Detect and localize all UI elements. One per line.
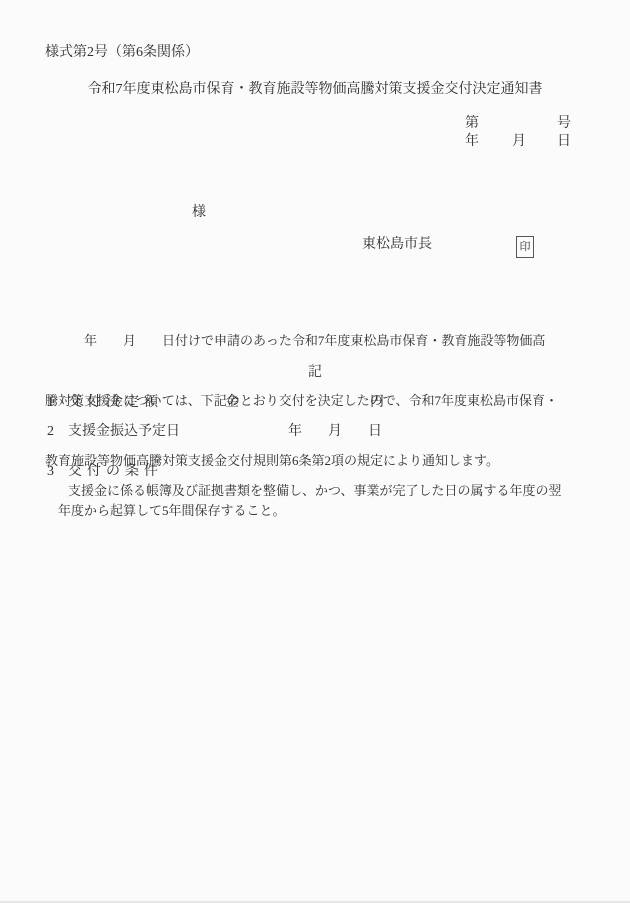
addressee-honorific: 様 bbox=[192, 204, 206, 222]
record-heading: 記 bbox=[0, 361, 630, 381]
reference-number-suffix: 号 bbox=[557, 115, 571, 133]
document-page: 様式第2号（第6条関係） 令和7年度東松島市保育・教育施設等物価高騰対策支援金交… bbox=[0, 0, 630, 903]
reference-date-month: 月 bbox=[512, 133, 526, 151]
sender-title: 東松島市長 bbox=[362, 236, 432, 254]
form-number: 様式第2号（第6条関係） bbox=[45, 44, 199, 62]
condition-line: 年度から起算して5年間保存すること。 bbox=[58, 501, 286, 521]
item-number: 2 bbox=[47, 423, 54, 441]
date-day: 日 bbox=[368, 423, 382, 441]
amount-prefix: 金 bbox=[225, 394, 239, 412]
amount-suffix: 円 bbox=[370, 394, 384, 412]
body-line: 年 月 日付けで申請のあった令和7年度東松島市保育・教育施設等物価高 bbox=[45, 331, 545, 351]
document-title: 令和7年度東松島市保育・教育施設等物価高騰対策支援金交付決定通知書 bbox=[0, 81, 630, 99]
date-year: 年 bbox=[288, 423, 302, 441]
item-label: 交付決定額 bbox=[68, 394, 163, 412]
condition-line: 支援金に係る帳簿及び証拠書類を整備し、かつ、事業が完了した日の属する年度の翌 bbox=[68, 481, 561, 501]
date-month: 月 bbox=[328, 423, 342, 441]
reference-date-year: 年 bbox=[465, 133, 479, 151]
item-number: 3 bbox=[47, 463, 54, 481]
reference-date-day: 日 bbox=[557, 133, 571, 151]
item-label: 交付の条件 bbox=[68, 463, 163, 481]
reference-number-prefix: 第 bbox=[465, 115, 479, 133]
item-number: 1 bbox=[47, 394, 54, 412]
seal-placeholder-box: 印 bbox=[516, 236, 534, 258]
item-label: 支援金振込予定日 bbox=[68, 423, 180, 441]
